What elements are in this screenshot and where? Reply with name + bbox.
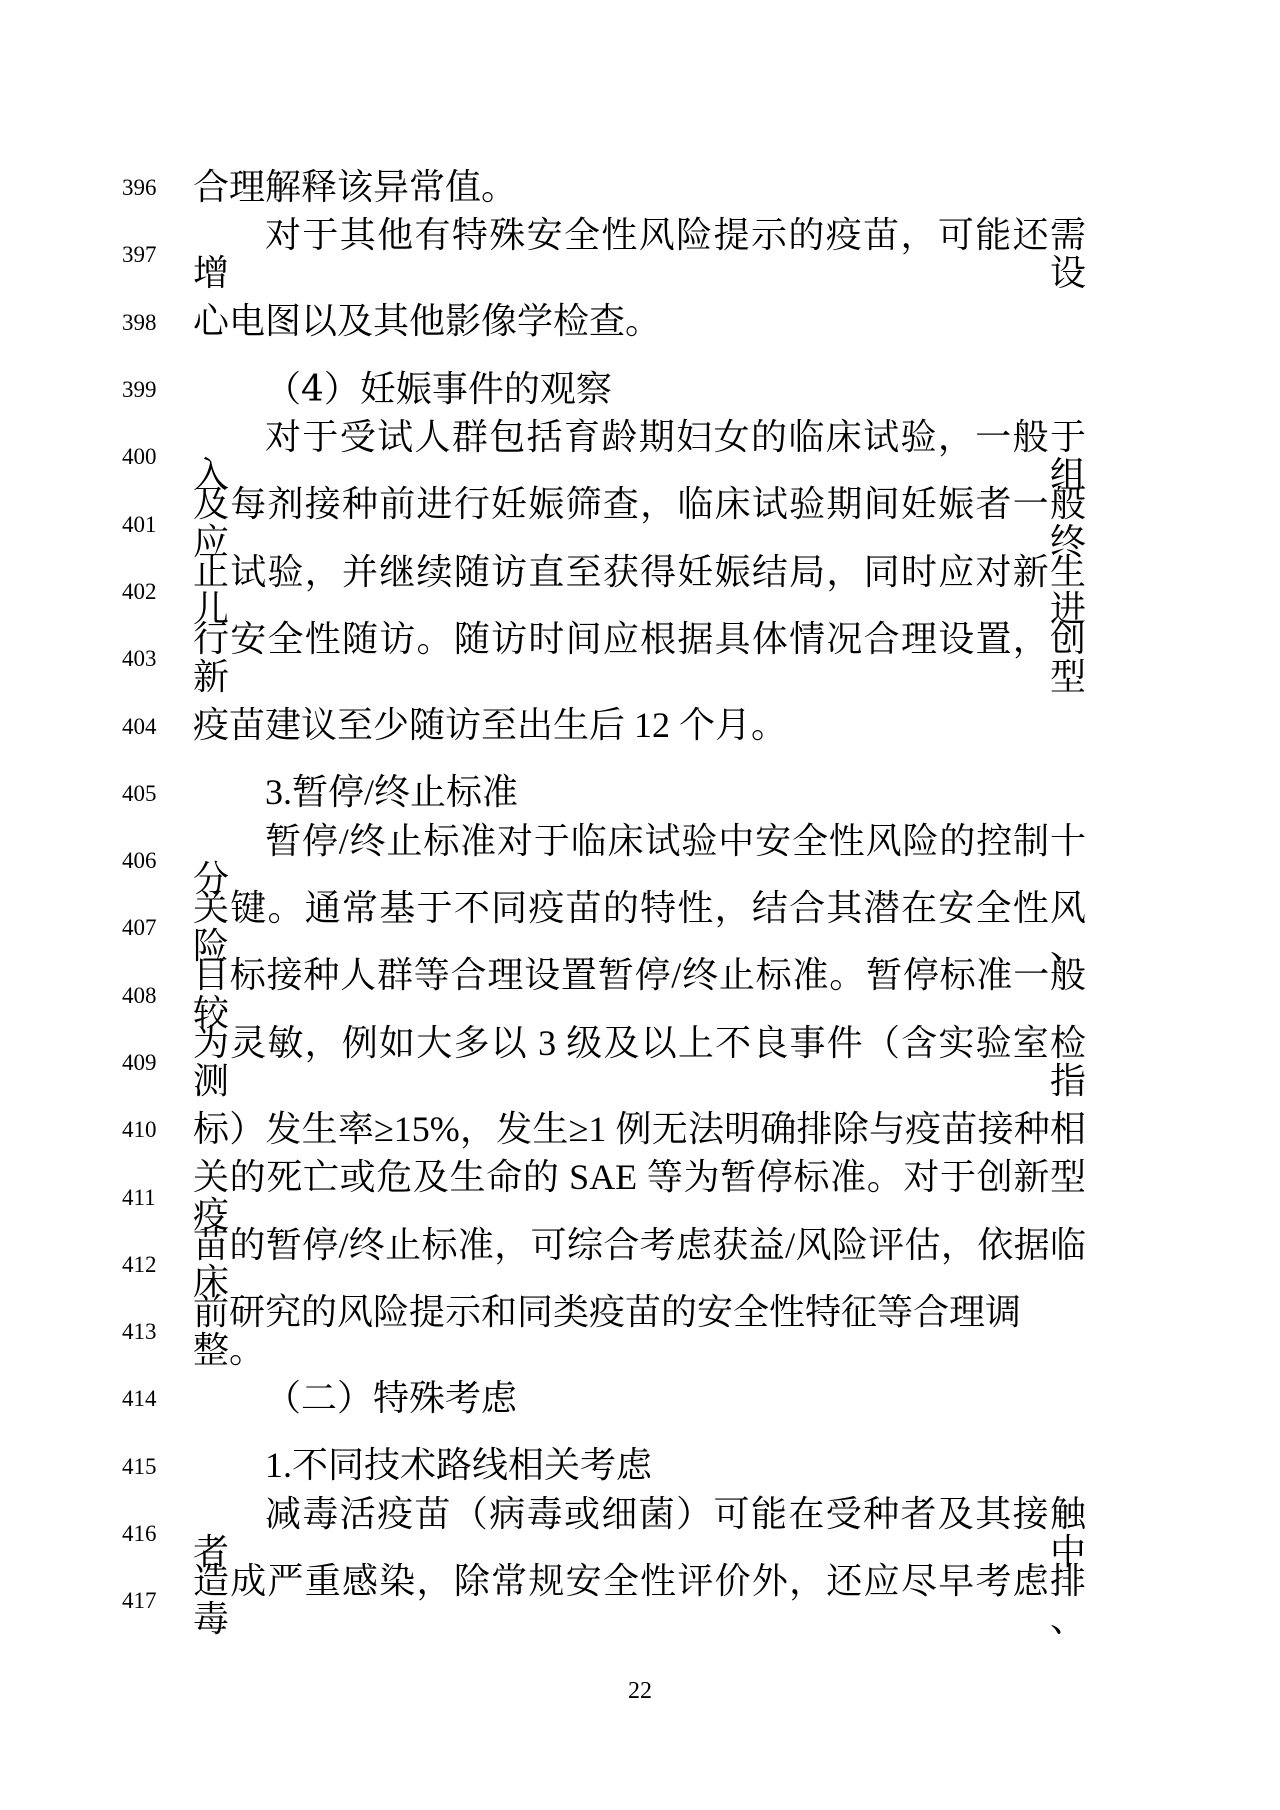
line-row: 396合理解释该异常值。 bbox=[0, 154, 1280, 221]
line-row: 401及每剂接种前进行妊娠筛查，临床试验期间妊娠者一般应终 bbox=[0, 490, 1280, 557]
body-text-line: 及每剂接种前进行妊娠筛查，临床试验期间妊娠者一般应终 bbox=[193, 486, 1086, 562]
document-body: 396合理解释该异常值。397对于其他有特殊安全性风险提示的疫苗，可能还需增设3… bbox=[0, 154, 1280, 1635]
line-row: 404疫苗建议至少随访至出生后 12 个月。 bbox=[0, 692, 1280, 759]
line-row: 407关键。通常基于不同疫苗的特性，结合其潜在安全性风险、 bbox=[0, 894, 1280, 961]
line-row: 412苗的暂停/终止标准，可综合考虑获益/风险评估，依据临床 bbox=[0, 1231, 1280, 1298]
body-text-line: 行安全性随访。随访时间应根据具体情况合理设置，创新型 bbox=[193, 621, 1086, 697]
line-number: 407 bbox=[0, 916, 193, 939]
line-row: 411关的死亡或危及生命的 SAE 等为暂停标准。对于创新型疫 bbox=[0, 1163, 1280, 1230]
line-number: 397 bbox=[0, 243, 193, 266]
line-row: 400对于受试人群包括育龄期妇女的临床试验，一般于入组 bbox=[0, 423, 1280, 490]
line-number: 413 bbox=[0, 1320, 193, 1343]
line-number: 403 bbox=[0, 647, 193, 670]
line-number: 411 bbox=[0, 1186, 193, 1209]
body-text-line: 前研究的风险提示和同类疫苗的安全性特征等合理调整。 bbox=[193, 1294, 1086, 1370]
body-text-line: 关键。通常基于不同疫苗的特性，结合其潜在安全性风险、 bbox=[193, 890, 1086, 966]
body-text-line: 标）发生率≥15%，发生≥1 例无法明确排除与疫苗接种相 bbox=[193, 1111, 1086, 1149]
line-number: 408 bbox=[0, 984, 193, 1007]
line-row: 398心电图以及其他影像学检查。 bbox=[0, 289, 1280, 356]
line-number: 401 bbox=[0, 513, 193, 536]
line-row: 397对于其他有特殊安全性风险提示的疫苗，可能还需增设 bbox=[0, 221, 1280, 288]
line-row: 417造成严重感染，除常规安全性评价外，还应尽早考虑排毒、 bbox=[0, 1567, 1280, 1634]
body-text-line: 关的死亡或危及生命的 SAE 等为暂停标准。对于创新型疫 bbox=[193, 1159, 1086, 1235]
line-number: 409 bbox=[0, 1051, 193, 1074]
line-number: 404 bbox=[0, 715, 193, 738]
line-number: 399 bbox=[0, 378, 193, 401]
line-number: 417 bbox=[0, 1589, 193, 1612]
line-number: 412 bbox=[0, 1253, 193, 1276]
line-row: 403行安全性随访。随访时间应根据具体情况合理设置，创新型 bbox=[0, 625, 1280, 692]
line-number: 400 bbox=[0, 445, 193, 468]
line-row: 413前研究的风险提示和同类疫苗的安全性特征等合理调整。 bbox=[0, 1298, 1280, 1365]
line-row: 408目标接种人群等合理设置暂停/终止标准。暂停标准一般较 bbox=[0, 962, 1280, 1029]
body-text-line: 心电图以及其他影像学检查。 bbox=[193, 303, 1086, 341]
heading-line: 1.不同技术路线相关考虑 bbox=[193, 1447, 1086, 1485]
heading-line: 3.暂停/终止标准 bbox=[193, 774, 1086, 812]
body-text-line: 对于受试人群包括育龄期妇女的临床试验，一般于入组 bbox=[193, 419, 1086, 495]
body-text-line: 为灵敏，例如大多以 3 级及以上不良事件（含实验室检测指 bbox=[193, 1025, 1086, 1101]
body-text-line: 造成严重感染，除常规安全性评价外，还应尽早考虑排毒、 bbox=[193, 1563, 1086, 1639]
heading-line: （4）妊娠事件的观察 bbox=[193, 371, 1086, 409]
line-row: 409为灵敏，例如大多以 3 级及以上不良事件（含实验室检测指 bbox=[0, 1029, 1280, 1096]
line-number: 416 bbox=[0, 1522, 193, 1545]
line-row: 4151.不同技术路线相关考虑 bbox=[0, 1433, 1280, 1500]
line-row: 414（二）特殊考虑 bbox=[0, 1365, 1280, 1432]
body-text-line: 合理解释该异常值。 bbox=[193, 169, 1086, 207]
body-text-line: 对于其他有特殊安全性风险提示的疫苗，可能还需增设 bbox=[193, 217, 1086, 293]
body-text-line: 目标接种人群等合理设置暂停/终止标准。暂停标准一般较 bbox=[193, 957, 1086, 1033]
line-number: 402 bbox=[0, 580, 193, 603]
line-number: 405 bbox=[0, 782, 193, 805]
heading-line: （二）特殊考虑 bbox=[193, 1380, 1086, 1418]
line-number: 415 bbox=[0, 1455, 193, 1478]
body-text-line: 暂停/终止标准对于临床试验中安全性风险的控制十分 bbox=[193, 823, 1086, 899]
body-text-line: 苗的暂停/终止标准，可综合考虑获益/风险评估，依据临床 bbox=[193, 1227, 1086, 1303]
line-row: 402止试验，并继续随访直至获得妊娠结局，同时应对新生儿进 bbox=[0, 558, 1280, 625]
line-row: 406暂停/终止标准对于临床试验中安全性风险的控制十分 bbox=[0, 827, 1280, 894]
line-number: 410 bbox=[0, 1118, 193, 1141]
line-number: 414 bbox=[0, 1387, 193, 1410]
line-number: 398 bbox=[0, 311, 193, 334]
document-page: 396合理解释该异常值。397对于其他有特殊安全性风险提示的疫苗，可能还需增设3… bbox=[0, 0, 1280, 1810]
line-row: 410标）发生率≥15%，发生≥1 例无法明确排除与疫苗接种相 bbox=[0, 1096, 1280, 1163]
body-text-line: 减毒活疫苗（病毒或细菌）可能在受种者及其接触者中 bbox=[193, 1496, 1086, 1572]
line-row: 4053.暂停/终止标准 bbox=[0, 760, 1280, 827]
page-number: 22 bbox=[0, 1677, 1280, 1706]
body-text-line: 止试验，并继续随访直至获得妊娠结局，同时应对新生儿进 bbox=[193, 554, 1086, 630]
line-row: 416减毒活疫苗（病毒或细菌）可能在受种者及其接触者中 bbox=[0, 1500, 1280, 1567]
line-number: 396 bbox=[0, 176, 193, 199]
line-number: 406 bbox=[0, 849, 193, 872]
line-row: 399（4）妊娠事件的观察 bbox=[0, 356, 1280, 423]
body-text-line: 疫苗建议至少随访至出生后 12 个月。 bbox=[193, 707, 1086, 745]
